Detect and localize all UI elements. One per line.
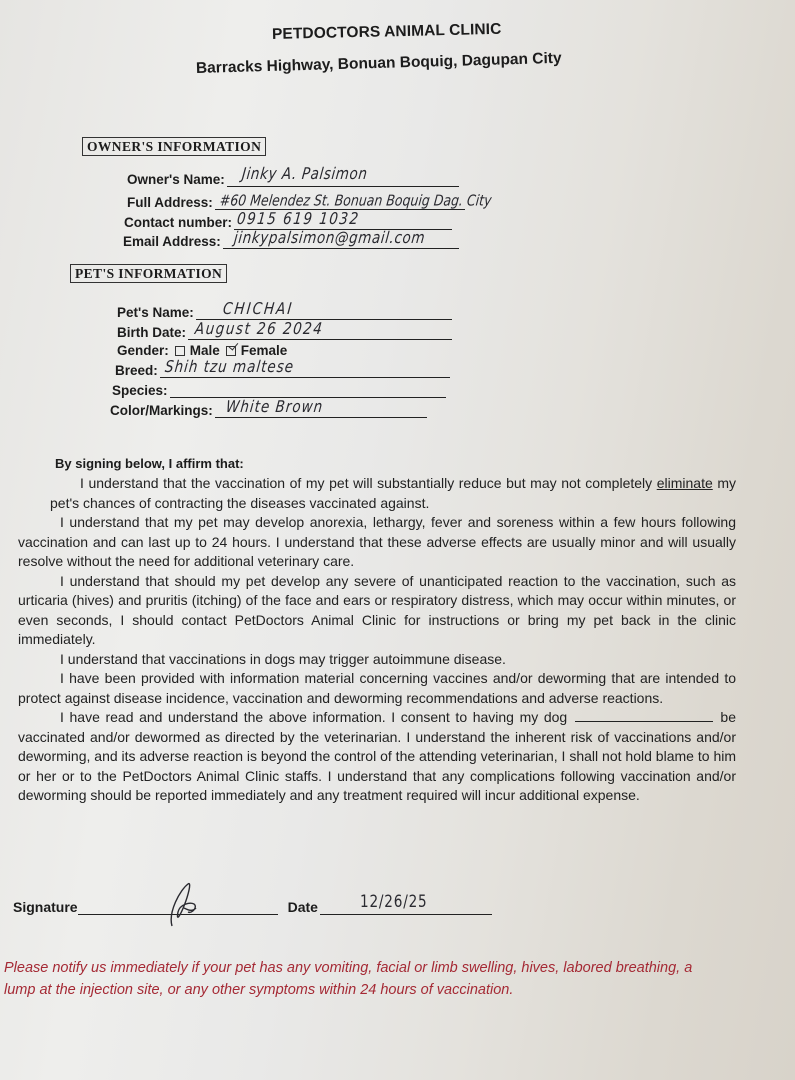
- signature-field[interactable]: [78, 896, 278, 915]
- pet-breed-input[interactable]: Shih tzu maltese: [160, 361, 450, 378]
- pet-gender-label: Gender:: [117, 343, 169, 358]
- owner-name-input[interactable]: Jinky A. Palsimon: [227, 170, 459, 187]
- owner-email-field: Email Address: jinkypalsimon@gmail.com: [123, 232, 459, 249]
- pet-color-label: Color/Markings:: [110, 403, 213, 418]
- clinic-address: Barracks Highway, Bonuan Boquig, Dagupan…: [196, 50, 562, 78]
- owner-name-value: Jinky A. Palsimon: [241, 165, 369, 184]
- gender-female-checkbox[interactable]: [226, 346, 236, 356]
- pet-breed-field: Breed: Shih tzu maltese: [115, 361, 450, 378]
- date-value: 12/26/25: [360, 892, 427, 912]
- pet-name-input[interactable]: CHICHAI: [196, 303, 452, 320]
- pet-birthdate-label: Birth Date:: [117, 325, 186, 340]
- gender-female-label: Female: [241, 343, 288, 358]
- pet-birthdate-field: Birth Date: August 26 2024: [117, 323, 452, 340]
- owner-contact-input[interactable]: 0915 619 1032: [234, 213, 452, 230]
- pet-breed-label: Breed:: [115, 363, 158, 378]
- pet-species-input[interactable]: [170, 381, 446, 398]
- consent-paragraph-5: I have been provided with information ma…: [18, 669, 736, 708]
- pet-breed-value: Shih tzu maltese: [164, 358, 295, 377]
- owner-address-input[interactable]: #60 Melendez St. Bonuan Boquig Dag. City: [215, 193, 465, 210]
- consent-paragraph-6: I have read and understand the above inf…: [18, 708, 736, 806]
- post-vaccination-notice: Please notify us immediately if your pet…: [4, 957, 704, 1001]
- gender-male-checkbox[interactable]: [175, 346, 185, 356]
- consent-p6-text: I have read and understand the above inf…: [60, 709, 567, 725]
- owner-section-title: OWNER'S INFORMATION: [82, 137, 266, 156]
- consent-paragraph-3: I understand that should my pet develop …: [18, 572, 736, 650]
- consent-p1-text: I understand that the vaccination of my …: [80, 475, 657, 491]
- signature-row: Signature Date 12/26/25: [13, 896, 492, 915]
- affirm-heading: By signing below, I affirm that:: [55, 456, 244, 471]
- pet-name-value: CHICHAI: [222, 300, 294, 319]
- date-label: Date: [288, 899, 318, 915]
- date-field[interactable]: 12/26/25: [320, 896, 492, 915]
- owner-address-label: Full Address:: [127, 195, 213, 210]
- consent-p1-underlined: eliminate: [657, 475, 713, 491]
- pet-color-input[interactable]: White Brown: [215, 401, 427, 418]
- owner-address-field: Full Address: #60 Melendez St. Bonuan Bo…: [127, 193, 465, 210]
- owner-email-input[interactable]: jinkypalsimon@gmail.com: [223, 232, 459, 249]
- dog-name-blank[interactable]: [575, 708, 713, 722]
- owner-name-label: Owner's Name:: [127, 172, 225, 187]
- gender-male-label: Male: [190, 343, 220, 358]
- owner-email-label: Email Address:: [123, 234, 221, 249]
- consent-paragraph-2: I understand that my pet may develop ano…: [18, 513, 736, 572]
- pet-species-field: Species:: [112, 381, 446, 398]
- owner-contact-field: Contact number: 0915 619 1032: [124, 213, 452, 230]
- consent-paragraph-1: I understand that the vaccination of my …: [18, 474, 736, 513]
- pet-section-title: PET'S INFORMATION: [70, 264, 227, 283]
- pet-name-label: Pet's Name:: [117, 305, 194, 320]
- signature-scribble-icon: [158, 882, 208, 928]
- owner-contact-value: 0915 619 1032: [236, 210, 361, 229]
- pet-name-field: Pet's Name: CHICHAI: [117, 303, 452, 320]
- consent-paragraph-4: I understand that vaccinations in dogs m…: [18, 650, 736, 670]
- clinic-name: PETDOCTORS ANIMAL CLINIC: [272, 21, 502, 44]
- pet-gender-field: Gender: Male Female: [117, 343, 287, 358]
- signature-label: Signature: [13, 899, 78, 915]
- pet-color-field: Color/Markings: White Brown: [110, 401, 427, 418]
- consent-body: I understand that the vaccination of my …: [18, 474, 736, 806]
- owner-address-value: #60 Melendez St. Bonuan Boquig Dag. City: [219, 191, 493, 209]
- owner-name-field: Owner's Name: Jinky A. Palsimon: [127, 170, 459, 187]
- consent-form-page: PETDOCTORS ANIMAL CLINIC Barracks Highwa…: [0, 0, 795, 1080]
- owner-email-value: jinkypalsimon@gmail.com: [233, 229, 426, 248]
- pet-birthdate-value: August 26 2024: [194, 320, 324, 339]
- pet-species-label: Species:: [112, 383, 168, 398]
- pet-birthdate-input[interactable]: August 26 2024: [188, 323, 452, 340]
- pet-color-value: White Brown: [225, 398, 324, 417]
- owner-contact-label: Contact number:: [124, 215, 232, 230]
